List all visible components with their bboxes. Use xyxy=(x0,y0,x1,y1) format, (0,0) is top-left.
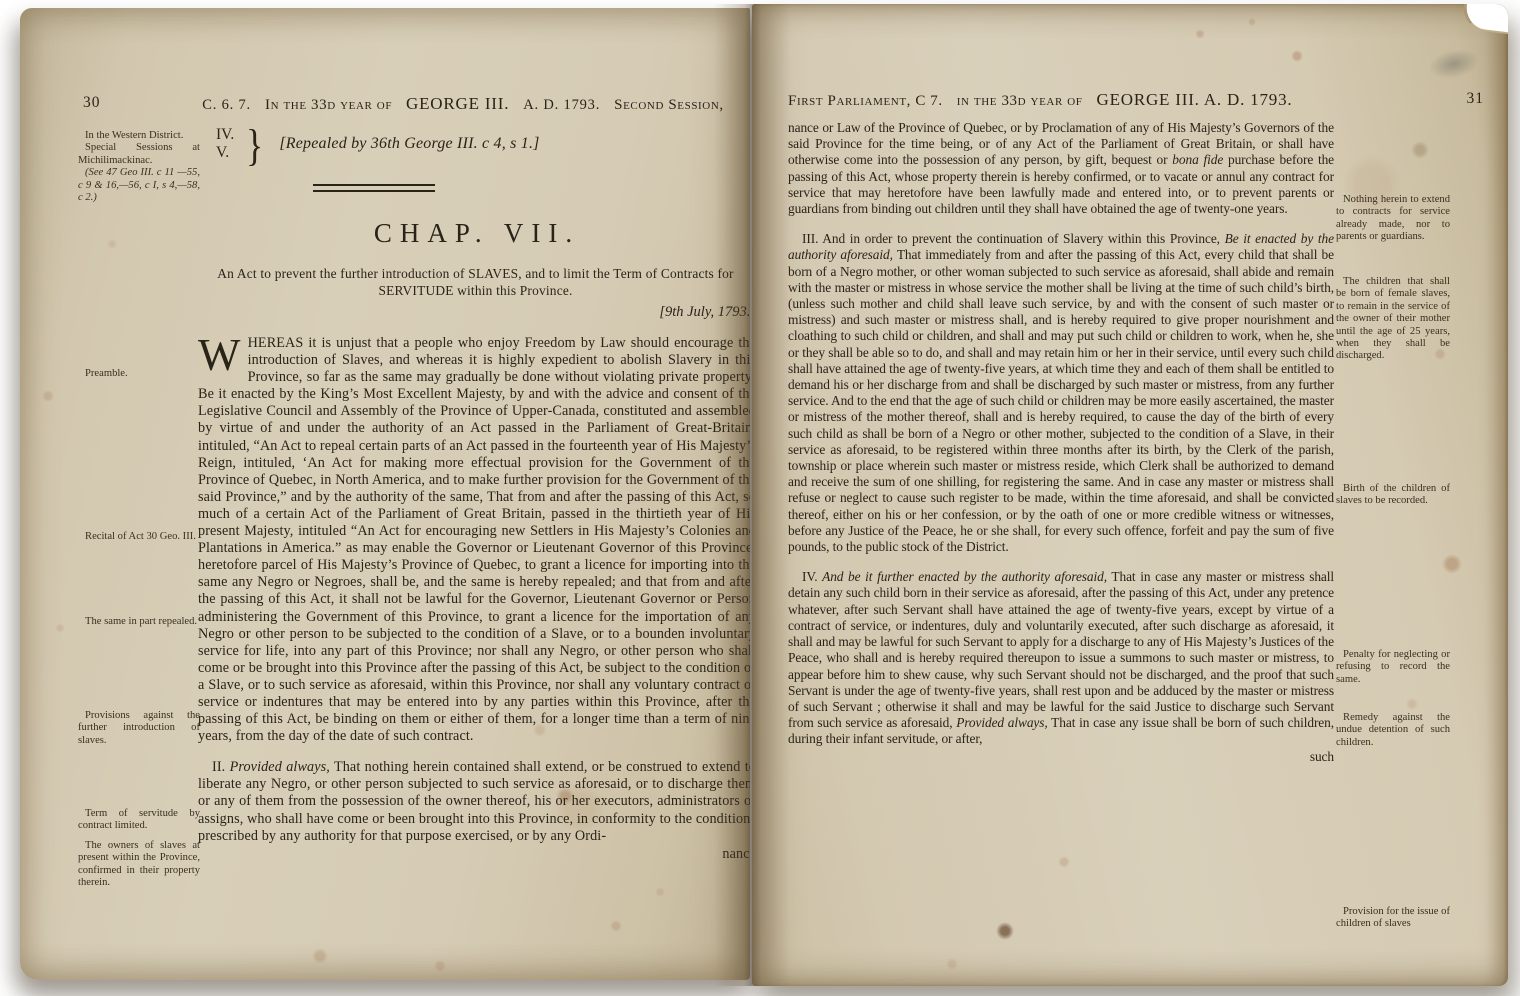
header-year-phrase-left: In the 33d year of xyxy=(265,97,392,113)
section-1-continuation: nance or Law of the Province of Quebec, … xyxy=(788,120,1334,217)
header-year-left: A. D. 1793. xyxy=(523,97,600,113)
running-header-right: First Parliament, C 7. in the 33d year o… xyxy=(788,90,1292,110)
margin-note-remedy: Remedy against the undue detention of su… xyxy=(1336,712,1450,749)
catchword-right: such xyxy=(788,749,1334,765)
header-session-label: Second Session, xyxy=(614,97,724,113)
margin-note-preamble: Preamble. xyxy=(78,368,200,380)
section-numbers: IV. V. xyxy=(216,126,234,162)
margin-note-contracts: Nothing herein to extend to contracts fo… xyxy=(1336,194,1450,244)
margin-note-western-district: In the Western District. Special Session… xyxy=(78,130,200,204)
margin-note-provisions: Provisions against the further introduct… xyxy=(78,710,200,747)
header-chapter-ref: C. 6. 7. xyxy=(202,97,251,113)
torn-corner xyxy=(1461,4,1508,35)
header-king-name-left: GEORGE III. xyxy=(406,94,509,113)
enactment-date: [9th July, 1793.] xyxy=(198,304,750,321)
left-text-column: WHEREAS it is unjust that a people who e… xyxy=(198,335,750,863)
preamble-paragraph: WHEREAS it is unjust that a people who e… xyxy=(198,335,750,745)
header-year-phrase-right: in the 33d year of xyxy=(957,93,1083,109)
running-header-left: C. 6. 7. In the 33d year of GEORGE III. … xyxy=(170,94,750,114)
margin-note-birth: Birth of the children of slaves to be re… xyxy=(1336,483,1450,508)
section-4-paragraph: IV. And be it further enacted by the aut… xyxy=(788,569,1334,747)
section-number-iv: IV. xyxy=(216,126,234,144)
margin-note-owners: The owners of slaves at present within t… xyxy=(78,840,200,890)
repealed-sections-row: IV. V. } [Repealed by 36th George III. c… xyxy=(216,126,540,166)
page-left: 30 C. 6. 7. In the 33d year of GEORGE II… xyxy=(20,8,750,980)
page-right: First Parliament, C 7. in the 33d year o… xyxy=(752,4,1508,986)
margin-note-repealed: The same in part repealed. xyxy=(78,616,200,628)
page-number-right: 31 xyxy=(1467,90,1485,108)
brace-glyph: } xyxy=(246,126,263,166)
section-number-v: V. xyxy=(216,144,234,162)
section-divider-rule xyxy=(313,184,435,192)
drop-cap: W xyxy=(198,335,248,372)
catchword-left: nance xyxy=(198,846,750,863)
repealed-note: [Repealed by 36th George III. c 4, s 1.] xyxy=(279,126,539,153)
section-2-paragraph: II. Provided always, That nothing herein… xyxy=(198,759,750,844)
corner-smudge xyxy=(1426,45,1483,83)
header-parliament: First Parliament, C 7. xyxy=(788,93,943,109)
book-spread: 30 C. 6. 7. In the 33d year of GEORGE II… xyxy=(20,4,1510,986)
margin-note-provision: Provision for the issue of children of s… xyxy=(1336,906,1450,931)
margin-note-penalty: Penalty for neglecting or refusing to re… xyxy=(1336,649,1450,686)
margin-note-term: Term of servitude by contract limited. xyxy=(78,808,200,833)
act-title: An Act to prevent the further introducti… xyxy=(188,266,750,299)
preamble-text: HEREAS it is unjust that a people who en… xyxy=(198,335,750,744)
right-text-column: nance or Law of the Province of Quebec, … xyxy=(788,120,1334,765)
page-number-left: 30 xyxy=(83,94,101,112)
margin-note-recital: Recital of Act 30 Geo. III. xyxy=(78,531,200,543)
chapter-heading: CHAP. VII. xyxy=(198,218,750,249)
section-3-paragraph: III. And in order to prevent the continu… xyxy=(788,231,1334,555)
margin-note-children: The children that shall be born of femal… xyxy=(1336,276,1450,363)
header-king-name-right: GEORGE III. A. D. 1793. xyxy=(1097,90,1293,109)
